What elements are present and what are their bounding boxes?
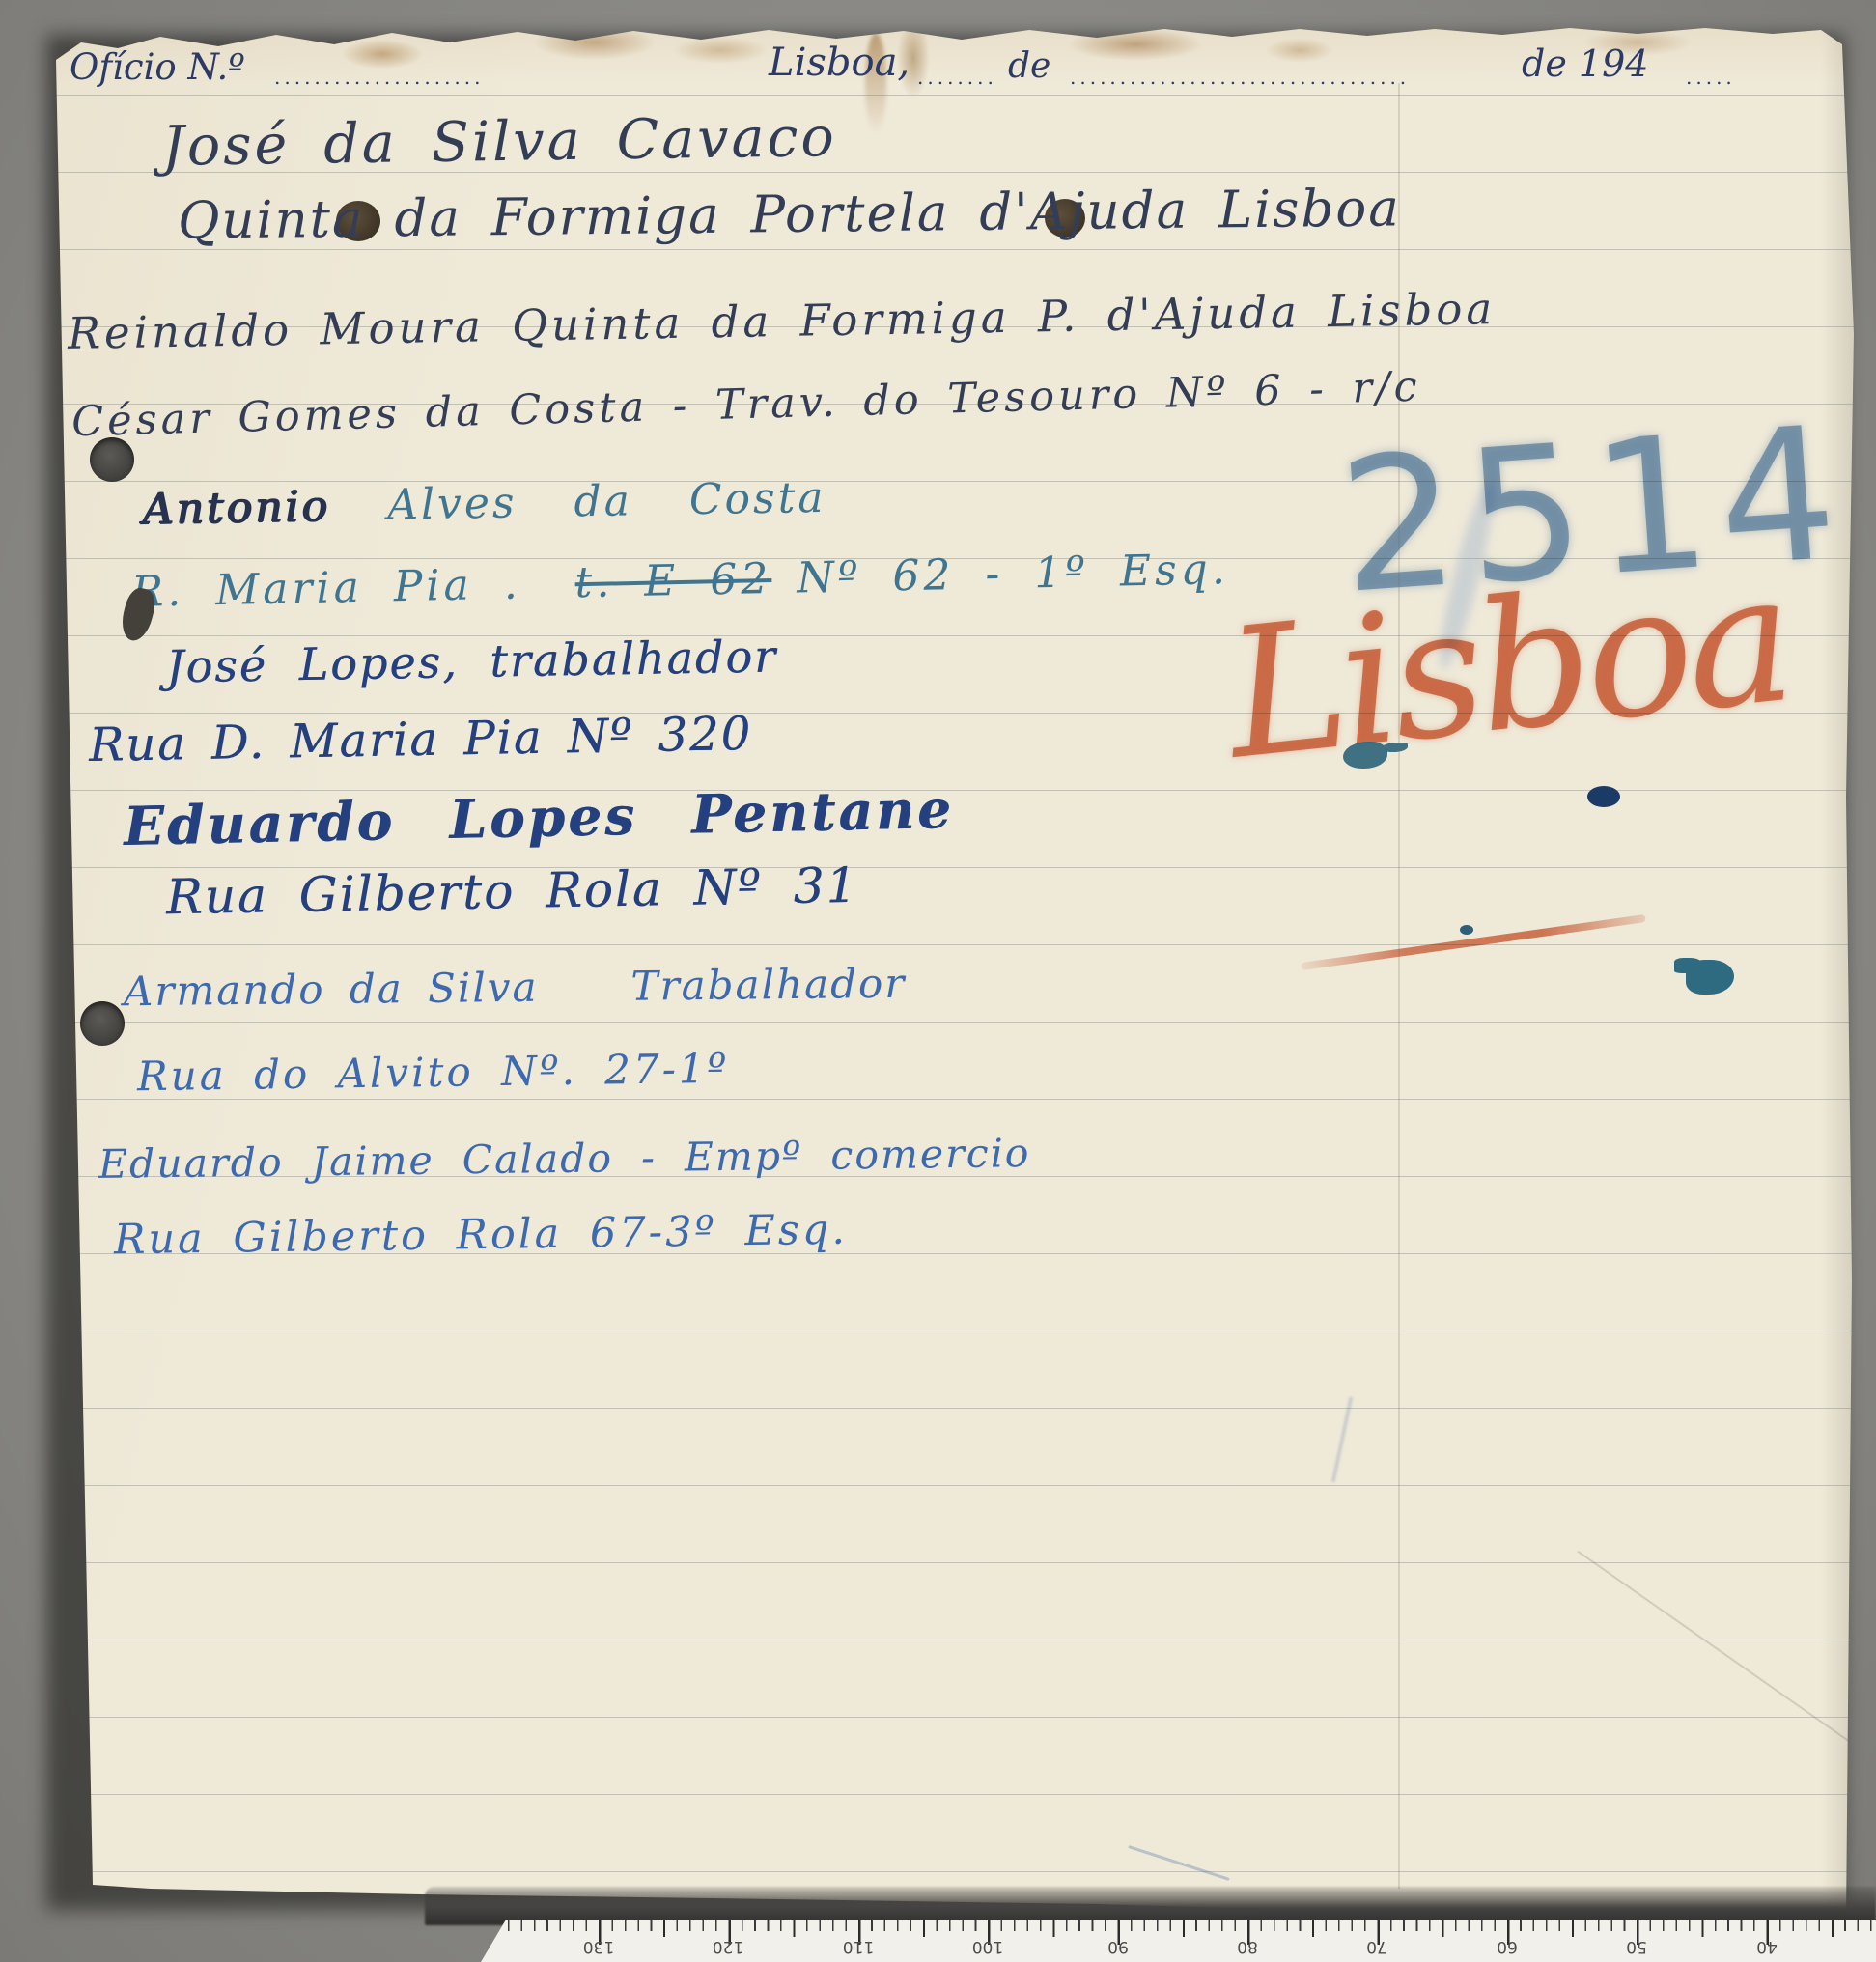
line-6-pre: R. Maria Pia . (131, 559, 522, 616)
ink-blot-navy (1587, 786, 1620, 807)
handwritten-line-11: Armando da SilvaTrabalhador (124, 960, 907, 1015)
line-11-name: Armando da Silva (124, 964, 539, 1015)
punch-hole-bottom (80, 1001, 125, 1046)
city-label: Lisboa, (769, 41, 910, 85)
date-leader-1: ........ (917, 66, 997, 89)
punch-hole-top (90, 437, 134, 482)
handwritten-line-1: José da Silva Cavaco (162, 105, 838, 179)
line-11-job: Trabalhador (630, 960, 906, 1010)
oficio-leader-dots: ..................... (274, 66, 485, 89)
line-6-post: Nº 62 - 1º Esq. (797, 545, 1230, 603)
de-label: de (1008, 46, 1050, 86)
handwritten-line-7: José Lopes, trabalhador (166, 630, 778, 692)
ruler-number: 110 (829, 1937, 887, 1956)
ruler-number: 40 (1738, 1937, 1796, 1956)
handwritten-line-12: Rua do Alvito Nº. 27-1º (137, 1045, 730, 1101)
paper-crease-vertical (1398, 83, 1400, 1889)
year-label: de 194 (1522, 42, 1648, 85)
date-leader-2: .................................. (1070, 66, 1410, 89)
ink-blot-small (1460, 925, 1473, 935)
ruler-number: 80 (1218, 1937, 1276, 1956)
handwritten-line-8: Rua D. Maria Pia Nº 320 (89, 707, 753, 772)
ruler-number: 90 (1089, 1937, 1147, 1956)
line-5-rest: Alves da Costa (387, 473, 826, 530)
oficio-label: Ofício N.º (70, 46, 245, 88)
ruler-number: 70 (1348, 1937, 1406, 1956)
handwritten-line-14: Rua Gilberto Rola 67-3º Esq. (114, 1206, 849, 1265)
blotted-name: Antonio (143, 482, 331, 534)
measurement-ruler: 130 120 110 100 90 80 70 60 50 40 (481, 1920, 1876, 1962)
ruler-number: 50 (1608, 1937, 1666, 1956)
paper-sheet: Ofício N.º ..................... Lisboa,… (35, 25, 1854, 1923)
scanner-bed: Ofício N.º ..................... Lisboa,… (0, 0, 1876, 1962)
ruler-ticks (481, 1920, 1876, 1962)
ruler-number: 60 (1478, 1937, 1536, 1956)
ruler-number: 120 (699, 1937, 757, 1956)
ruler-number: 100 (959, 1937, 1017, 1956)
ruler-number: 130 (570, 1937, 628, 1956)
struck-text: t. E 62 (574, 554, 772, 607)
year-leader-dots: ..... (1686, 66, 1736, 89)
